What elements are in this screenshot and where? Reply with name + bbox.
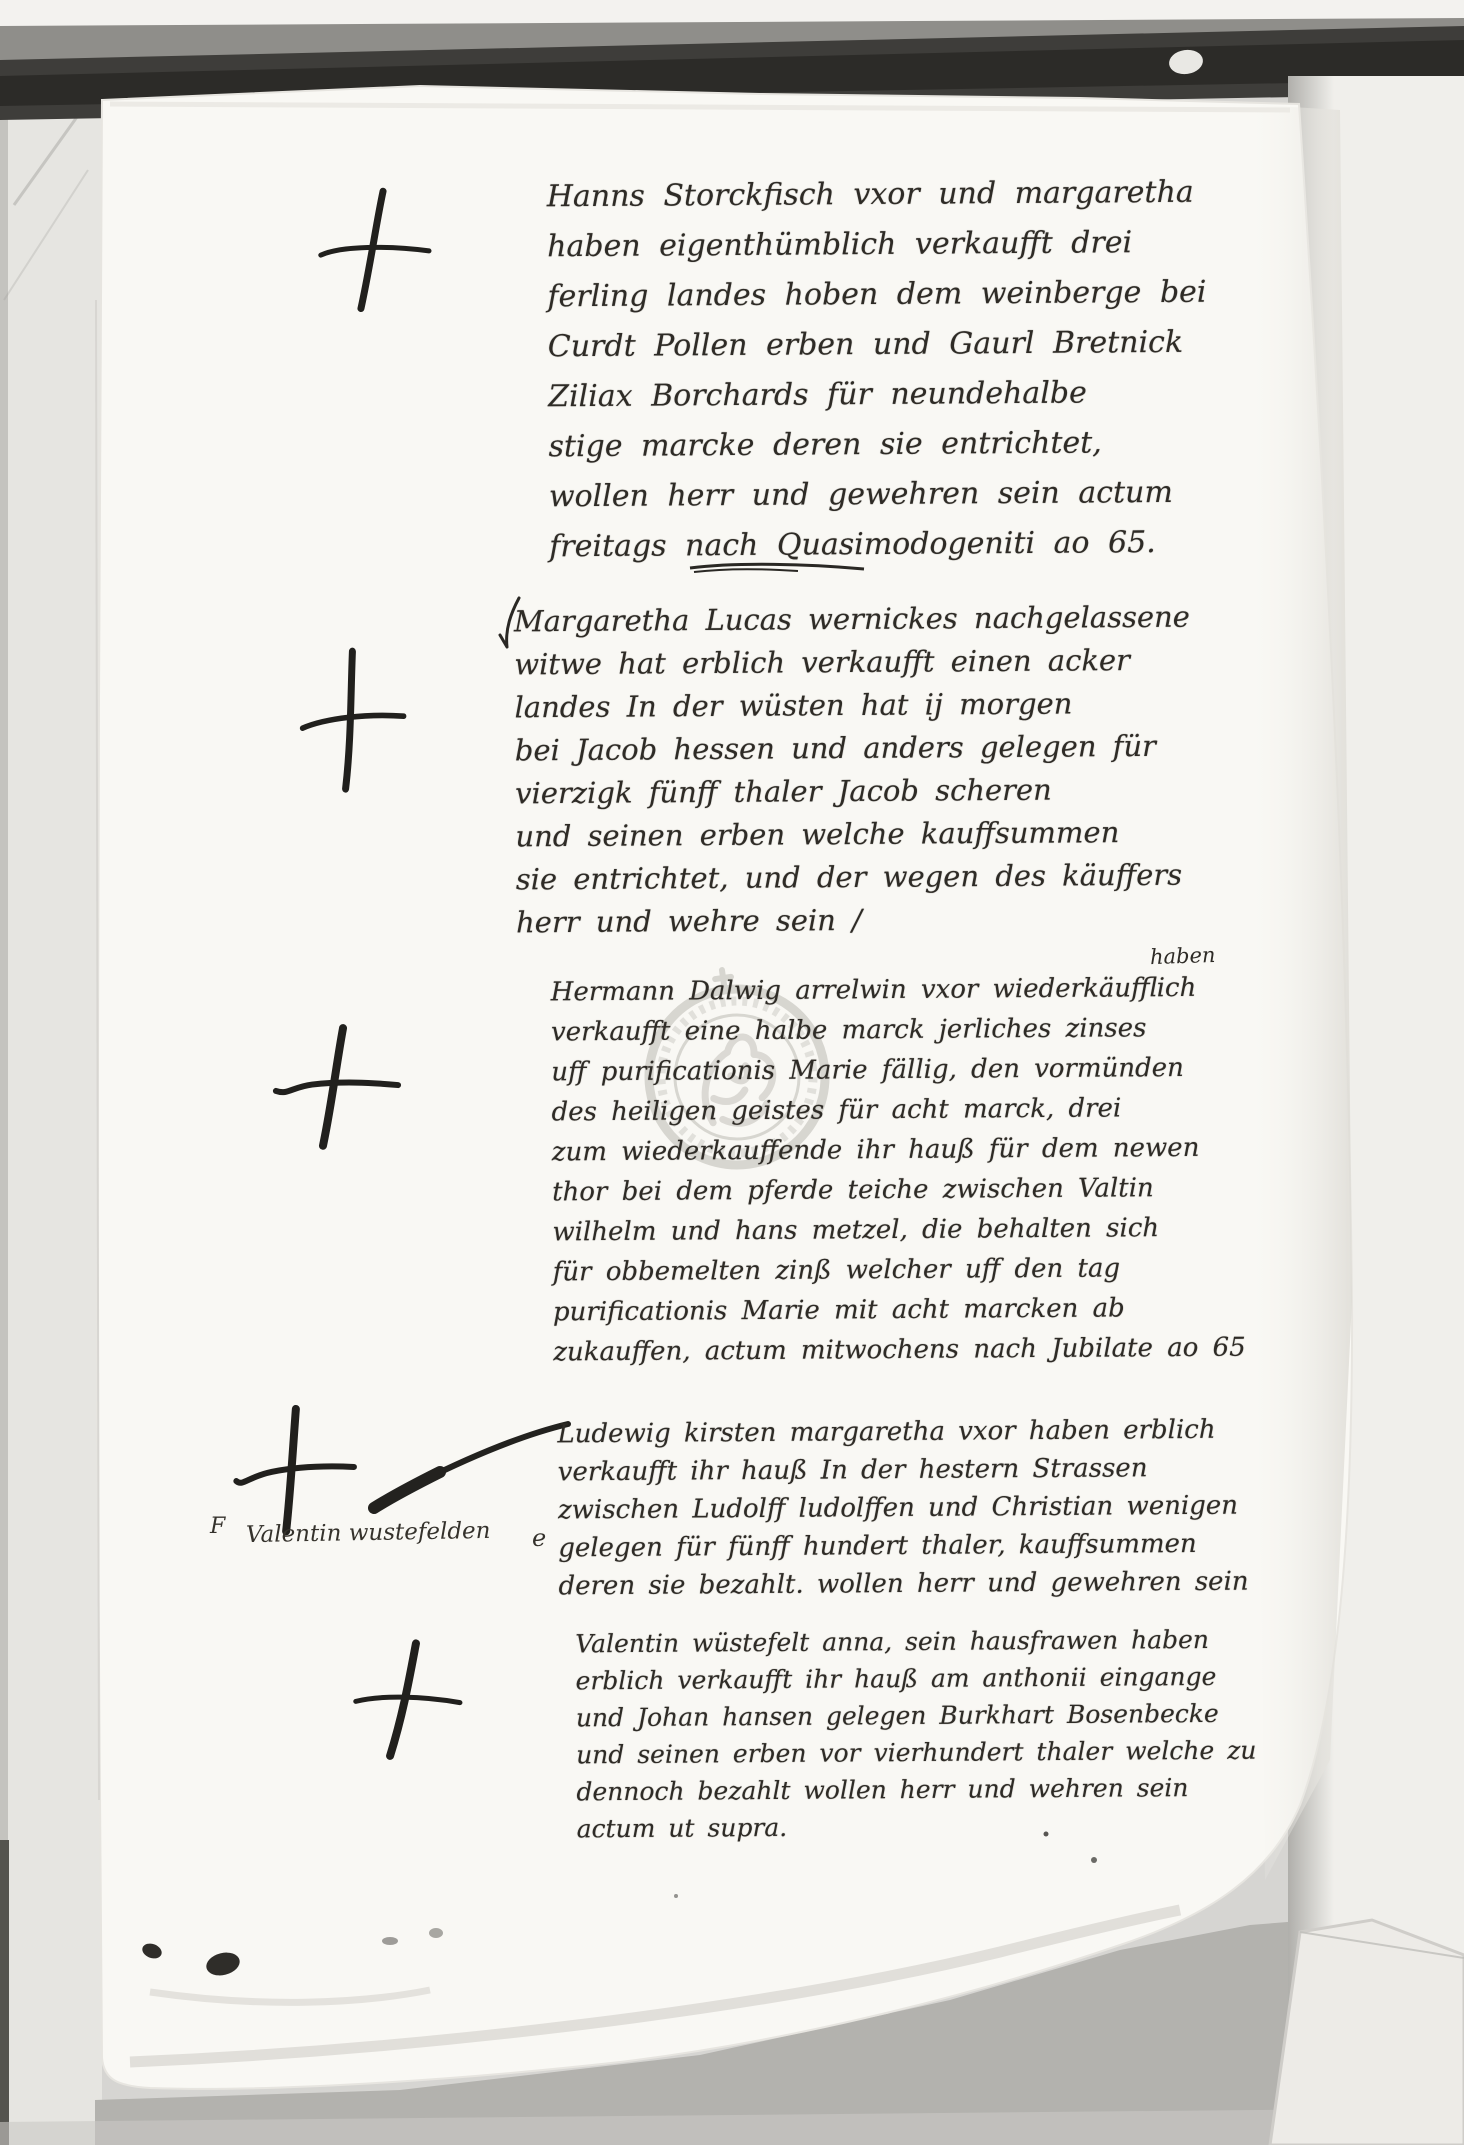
left-edge-dark-strip <box>0 1840 9 2145</box>
manuscript-line: zukauffen, actum mitwochens nach Jubilat… <box>553 1328 1246 1373</box>
margin-note: Valentin wustefelden <box>246 1518 491 1548</box>
manuscript-line: landes In der wüsten hat ij morgen <box>514 682 1190 730</box>
manuscript-line: Curdt Pollen erben und Gaurl Bretnick <box>548 318 1207 373</box>
manuscript-line: haben eigenthümblich verkaufft drei <box>547 218 1206 273</box>
manuscript-line: für obbemelten zinß welcher uff den tag <box>553 1248 1246 1293</box>
manuscript-line: thor bei dem pferde teiche zwischen Valt… <box>552 1168 1245 1213</box>
manuscript-line: und Johan hansen gelegen Burkhart Bosenb… <box>576 1695 1257 1737</box>
manuscript-paragraph-2: Margaretha Lucas wernickes nachgelassene… <box>514 596 1192 945</box>
manuscript-line: und seinen erben welche kauffsummen <box>515 811 1191 859</box>
manuscript-scan: Hanns Storckfisch vxor und margarethahab… <box>0 0 1464 2145</box>
manuscript-line: wollen herr und gewehren sein actum <box>549 468 1208 523</box>
margin-note-prefix: F <box>210 1514 225 1539</box>
manuscript-paragraph-3: Hermann Dalwig arrelwin vxor wiederkäuff… <box>551 968 1246 1373</box>
manuscript-line: gelegen für fünff hundert thaler, kauffs… <box>558 1525 1248 1568</box>
manuscript-line: stige marcke deren sie entrichtet, <box>548 418 1207 473</box>
margin-cross-icon <box>313 183 437 317</box>
manuscript-line: vierzigk fünff thaler Jacob scheren <box>515 768 1191 816</box>
manuscript-line: verkaufft eine halbe marck jerliches zin… <box>551 1008 1244 1053</box>
manuscript-line: wilhelm und hans metzel, die behalten si… <box>552 1208 1245 1253</box>
manuscript-paragraph-5: Valentin wüstefelt anna, sein hausfrawen… <box>575 1621 1257 1848</box>
manuscript-line: purificationis Marie mit acht marcken ab <box>553 1288 1246 1333</box>
margin-cross-icon <box>228 1403 362 1537</box>
manuscript-line: ferling landes hoben dem weinberge bei <box>547 268 1206 323</box>
swash-stroke-icon <box>368 1416 573 1516</box>
manuscript-line: Hermann Dalwig arrelwin vxor wiederkäuff… <box>551 968 1244 1013</box>
manuscript-line: deren sie bezahlt. wollen herr und geweh… <box>558 1563 1248 1606</box>
manuscript-line: verkaufft ihr hauß In der hestern Strass… <box>558 1449 1248 1492</box>
manuscript-line: dennoch bezahlt wollen herr und wehren s… <box>576 1769 1257 1811</box>
manuscript-line: herr und wehre sein / <box>516 897 1192 945</box>
manuscript-line: zum wiederkauffende ihr hauß für dem new… <box>552 1128 1245 1173</box>
manuscript-paragraph-4: Ludewig kirsten margaretha vxor haben er… <box>557 1411 1248 1606</box>
manuscript-line: freitags nach Quasimodogeniti ao 65. <box>549 518 1208 573</box>
manuscript-line: sie entrichtet, und der wegen des käuffe… <box>516 854 1192 902</box>
manuscript-line: Ludewig kirsten margaretha vxor haben er… <box>557 1411 1247 1454</box>
manuscript-line: Ziliax Borchards für neundehalbe <box>548 368 1207 423</box>
manuscript-line: zwischen Ludolff ludolffen und Christian… <box>558 1487 1248 1530</box>
margin-cross-icon <box>344 1631 473 1769</box>
margin-note-suffix: e <box>532 1524 546 1552</box>
manuscript-paragraph-1: Hanns Storckfisch vxor und margarethahab… <box>547 168 1209 573</box>
manuscript-line: Valentin wüstefelt anna, sein hausfrawen… <box>575 1621 1256 1663</box>
manuscript-line: Hanns Storckfisch vxor und margaretha <box>547 168 1206 223</box>
interlinear-insertion: haben <box>1150 943 1216 969</box>
manuscript-line: Margaretha Lucas wernickes nachgelassene <box>514 596 1190 644</box>
manuscript-line: bei Jacob hessen und anders gelegen für <box>515 725 1191 773</box>
margin-cross-icon <box>288 644 415 796</box>
underlying-pages-left <box>0 60 102 2145</box>
manuscript-line: erblich verkaufft ihr hauß am anthonii e… <box>575 1658 1256 1700</box>
manuscript-line: des heiligen geistes für acht marck, dre… <box>551 1088 1244 1133</box>
manuscript-line: uff purificationis Marie fällig, den vor… <box>551 1048 1244 1093</box>
manuscript-line: und seinen erben vor vierhundert thaler … <box>576 1732 1257 1774</box>
manuscript-line: witwe hat erblich verkaufft einen acker <box>514 639 1190 687</box>
manuscript-line: actum ut supra. <box>577 1806 1258 1848</box>
margin-cross-icon <box>271 1021 403 1153</box>
